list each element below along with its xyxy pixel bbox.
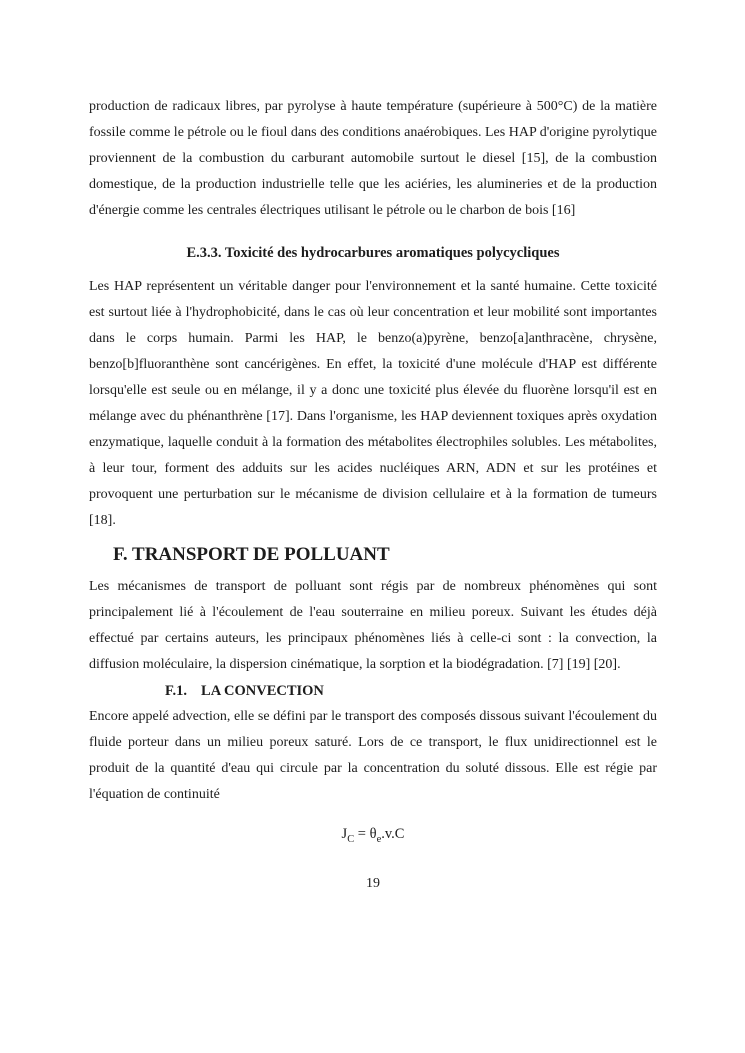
- heading-f1-number: F.1.: [165, 683, 187, 699]
- equation-tail: .v.C: [381, 826, 404, 842]
- equation-continuity: JC = θe.v.C: [89, 824, 657, 844]
- document-page: production de radicaux libres, par pyrol…: [0, 0, 745, 1053]
- equation-theta-symbol: θ: [370, 826, 377, 842]
- paragraph-convection: Encore appelé advection, elle se défini …: [89, 704, 657, 808]
- equation-equals-sign: =: [354, 826, 369, 842]
- section-heading-f1-convection: F.1.LA CONVECTION: [89, 678, 657, 704]
- section-heading-e33-toxicite: E.3.3. Toxicité des hydrocarbures aromat…: [89, 240, 657, 266]
- heading-f1-label: LA CONVECTION: [201, 683, 324, 699]
- page-number: 19: [89, 876, 657, 892]
- section-heading-f-transport: F. TRANSPORT DE POLLUANT: [89, 540, 657, 570]
- paragraph-pyrolyse: production de radicaux libres, par pyrol…: [89, 94, 657, 224]
- paragraph-toxicite: Les HAP représentent un véritable danger…: [89, 274, 657, 534]
- paragraph-transport: Les mécanismes de transport de polluant …: [89, 574, 657, 678]
